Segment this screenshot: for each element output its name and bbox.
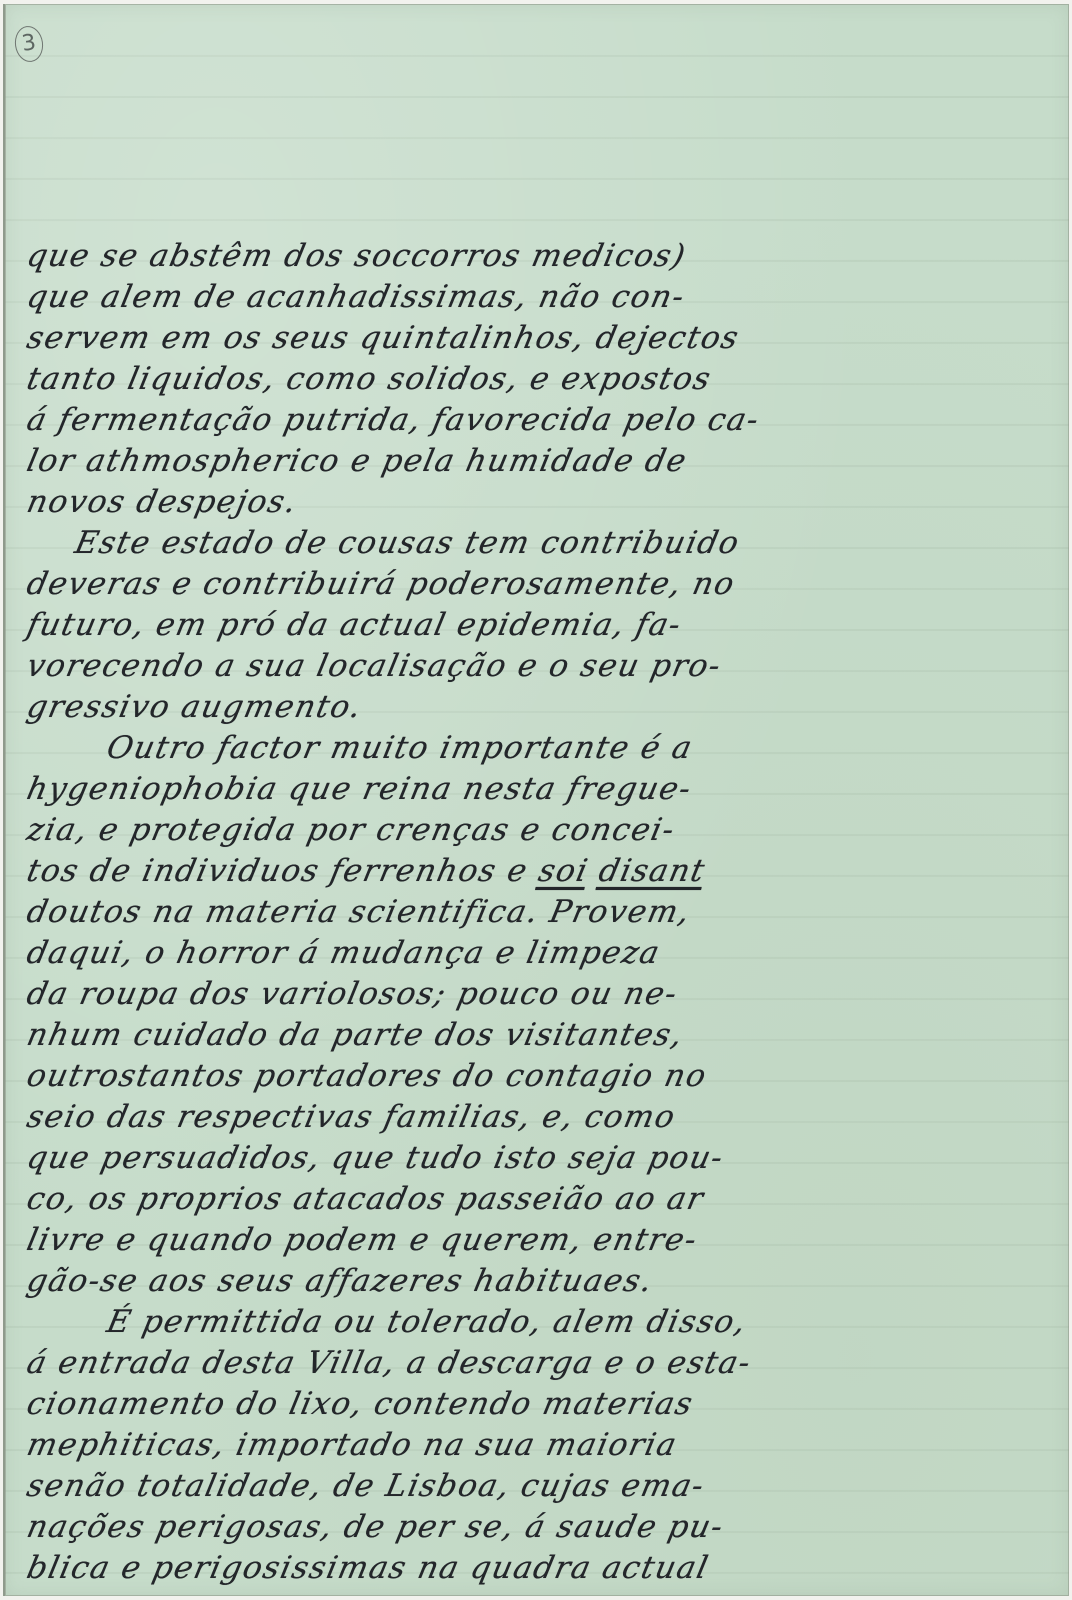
manuscript-line: hygeniophobia que reina nesta fregue- [23,769,932,810]
underlined-word: disant [596,853,709,889]
scanned-page: 3 que se abstêm dos soccorros medicos) q… [0,0,1072,1600]
manuscript-line: novos despejos. [23,482,932,523]
manuscript-line: Este estado de cousas tem contribuido [23,523,932,564]
manuscript-line: co, os proprios atacados passeião ao ar [23,1179,932,1220]
manuscript-line: zia, e protegida por crenças e concei- [23,810,932,851]
manuscript-line: futuro, em pró da actual epidemia, fa- [23,605,932,646]
manuscript-line: nhum cuidado da parte dos visitantes, [23,1015,932,1056]
underlined-word: soi [535,853,592,889]
manuscript-line: outrostantos portadores do contagio no [23,1056,932,1097]
manuscript-line: gressivo augmento. [23,687,932,728]
manuscript-line: gão-se aos seus affazeres habituaes. [23,1261,932,1302]
manuscript-line: mephiticas, importado na sua maioria [23,1425,932,1466]
manuscript-sheet: 3 que se abstêm dos soccorros medicos) q… [3,4,1069,1596]
manuscript-line: cionamento do lixo, contendo materias [23,1384,932,1425]
manuscript-line: servem em os seus quintalinhos, dejectos [23,318,932,359]
manuscript-line: livre e quando podem e querem, entre- [23,1220,932,1261]
manuscript-line: vorecendo a sua localisação e o seu pro- [23,646,932,687]
manuscript-line: á fermentação putrida, favorecida pelo c… [23,400,932,441]
manuscript-line: á entrada desta Villa, a descarga e o es… [23,1343,932,1384]
manuscript-line: seio das respectivas familias, e, como [23,1097,932,1138]
manuscript-line: tanto liquidos, como solidos, e expostos [23,359,932,400]
manuscript-line: senão totalidade, de Lisboa, cujas ema- [23,1466,932,1507]
manuscript-line: nações perigosas, de per se, á saude pu- [23,1507,932,1548]
manuscript-line: blica e perigosissimas na quadra actual [23,1548,932,1589]
manuscript-line: que se abstêm dos soccorros medicos) [23,236,932,277]
manuscript-line: doutos na materia scientifica. Provem, [23,892,932,933]
manuscript-line: que alem de acanhadissimas, não con- [23,277,932,318]
circled-page-number: 3 [13,24,46,64]
manuscript-line: É permittida ou tolerado, alem disso, [23,1302,932,1343]
handwritten-text: que se abstêm dos soccorros medicos) que… [23,236,923,1589]
manuscript-line: tos de individuos ferrenhos e soi disant [23,851,932,892]
manuscript-line: da roupa dos variolosos; pouco ou ne- [23,974,932,1015]
manuscript-line: que persuadidos, que tudo isto seja pou- [23,1138,932,1179]
manuscript-line: daqui, o horror á mudança e limpeza [23,933,932,974]
manuscript-line: Outro factor muito importante é a [23,728,932,769]
manuscript-line: deveras e contribuirá poderosamente, no [23,564,932,605]
manuscript-line: lor athmospherico e pela humidade de [23,441,932,482]
